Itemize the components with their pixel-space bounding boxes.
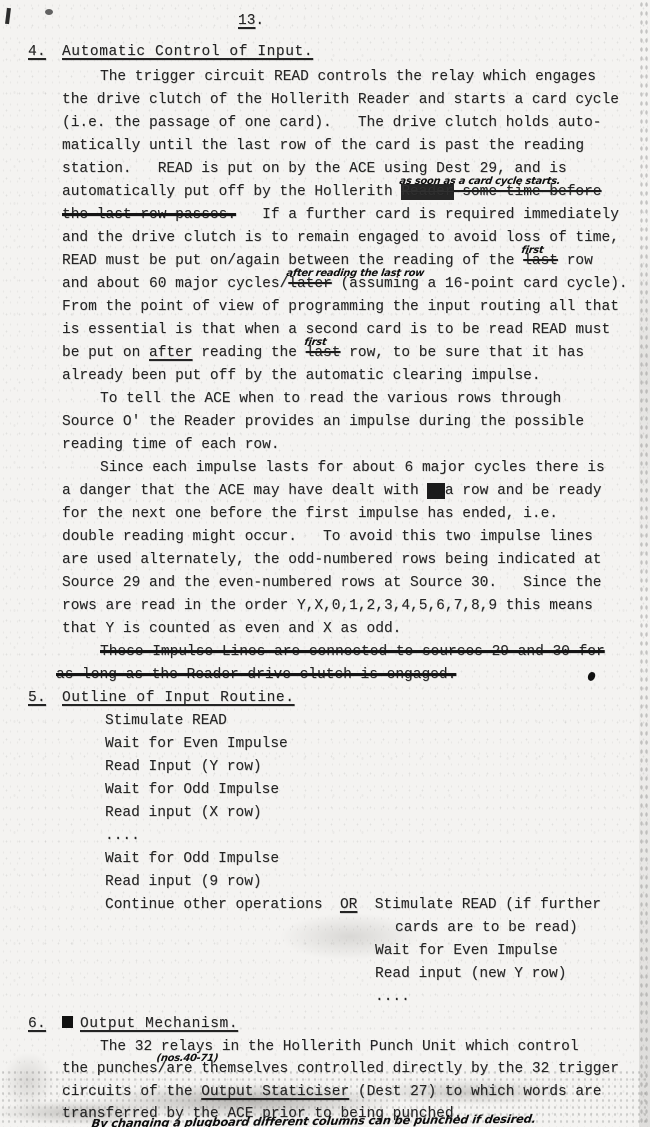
text-segment: rows are read in the order Y,X,0,1,2,3,4… (62, 598, 593, 614)
text-segment: Read input (new Y row) (375, 966, 566, 982)
text-line: already been put off by the automatic cl… (62, 365, 638, 388)
text-segment: is essential is that when a second card … (62, 322, 610, 338)
text-line: are used alternately, the odd-numbered r… (62, 549, 638, 572)
text-segment: If a further card is required immediatel… (236, 207, 619, 223)
text-line: Since each impulse lasts for about 6 maj… (100, 457, 638, 480)
text-segment: Continue other operations (105, 897, 340, 913)
section-heading: 5.Outline of Input Routine. (62, 687, 638, 710)
text-segment: The trigger circuit READ controls the re… (100, 69, 596, 85)
text-line: the last row passes. If a further card i… (62, 204, 638, 227)
text-line: the drive clutch of the Hollerith Reader… (62, 89, 638, 112)
text-segment: Read input (X row) (105, 805, 262, 821)
text-line: By changing a plugboard different column… (92, 1113, 638, 1127)
text-segment: a danger that the ACE may have dealt wit… (62, 483, 427, 499)
text-segment: automatically put off by the Hollerith (62, 184, 401, 200)
text-segment: a row and be ready (445, 483, 602, 499)
text-segment: Since each impulse lasts for about 6 maj… (100, 460, 605, 476)
text-segment: Wait for Even Impulse (375, 943, 558, 959)
document-page: 13.4.Automatic Control of Input.The trig… (0, 0, 650, 1127)
text-line: double reading might occur. To avoid thi… (62, 526, 638, 549)
text-segment: From the point of view of programming th… (62, 299, 619, 315)
page-number: 13. (238, 10, 638, 33)
text-line: be put on after reading the firstlast ro… (62, 342, 638, 365)
text-line: that Y is counted as even and X as odd. (62, 618, 638, 641)
document-content: 13.4.Automatic Control of Input.The trig… (62, 10, 638, 1127)
text-line: From the point of view of programming th… (62, 296, 638, 319)
text-segment: READ must be put on/again between the re… (62, 253, 523, 269)
text-line: automatically put off by the Hollerith a… (62, 181, 638, 204)
text-segment: for the next one before the first impuls… (62, 506, 558, 522)
text-line: and about 60 major cycles/after reading … (62, 273, 638, 296)
text-segment: (i.e. the passage of one card). The driv… (62, 115, 602, 131)
text-line: Wait for Even Impulse (105, 733, 638, 756)
handwritten-annotation: By changing a plugboard different column… (91, 1111, 537, 1127)
section-heading: 6.Output Mechanism. (62, 1013, 638, 1036)
section-heading: 4.Automatic Control of Input. (62, 41, 638, 64)
text-segment: Wait for Even Impulse (105, 736, 288, 752)
text-line: and the drive clutch is to remain engage… (62, 227, 638, 250)
text-segment: To tell the ACE when to read the various… (100, 391, 561, 407)
text-segment: the punches (62, 1061, 158, 1077)
text-line: Wait for Even Impulse (375, 940, 638, 963)
section-title: Output Mechanism. (80, 1016, 238, 1032)
text-line: Wait for Odd Impulse (105, 848, 638, 871)
text-segment: matically until the last row of the card… (62, 138, 584, 154)
text-line: To tell the ACE when to read the various… (100, 388, 638, 411)
text-line: .... (105, 825, 638, 848)
text-segment: . (255, 13, 264, 29)
text-line: as long as the Reader drive clutch is en… (56, 664, 638, 687)
text-line: the punches(nos.40-71)/are themselves co… (62, 1058, 638, 1081)
text-segment: station. READ is put on by the ACE using… (62, 161, 567, 177)
text-segment: already been put off by the automatic cl… (62, 368, 541, 384)
text-line: a danger that the ACE may have dealt wit… (62, 480, 638, 503)
text-line: Stimulate READ (105, 710, 638, 733)
text-segment: cards are to be read) (395, 920, 578, 936)
text-segment: be put on (62, 345, 149, 361)
section-number: 4. (28, 41, 46, 64)
text-segment: row (558, 253, 593, 269)
text-line: rows are read in the order Y,X,0,1,2,3,4… (62, 595, 638, 618)
text-segment: These Impulse Lines are connected to sou… (100, 644, 605, 660)
text-segment: Wait for Odd Impulse (105, 782, 279, 798)
text-line: cards are to be read) (395, 917, 638, 940)
text-line: is essential is that when a second card … (62, 319, 638, 342)
text-line: Read input (9 row) (105, 871, 638, 894)
text-segment: and the drive clutch is to remain engage… (62, 230, 619, 246)
text-line: .... (375, 986, 638, 1009)
text-segment: Output Staticiser (201, 1084, 349, 1100)
text-segment: are used alternately, the odd-numbered r… (62, 552, 602, 568)
text-segment: /are themselves controlled directly by t… (158, 1061, 619, 1077)
text-segment: the drive clutch of the Hollerith Reader… (62, 92, 619, 108)
text-segment: .... (375, 989, 410, 1005)
section-title: Outline of Input Routine. (62, 690, 295, 706)
text-line: reading time of each row. (62, 434, 638, 457)
text-line: Read input (new Y row) (375, 963, 638, 986)
text-segment: 13 (238, 13, 255, 29)
ink-blot: XX (427, 483, 444, 499)
text-segment: and about 60 major cycles/ (62, 276, 288, 292)
text-segment: the last row passes. (62, 207, 236, 223)
text-segment: as long as the Reader drive clutch is en… (56, 667, 456, 683)
text-line: Read input (X row) (105, 802, 638, 825)
text-line: The trigger circuit READ controls the re… (100, 66, 638, 89)
scan-smudge-right (639, 0, 650, 1127)
text-segment: OR (340, 897, 357, 913)
text-segment: after (149, 345, 193, 361)
ink-blot (62, 1016, 73, 1028)
scan-mark-topleft-2 (45, 9, 53, 15)
text-line: Source O' the Reader provides an impulse… (62, 411, 638, 434)
text-segment: Stimulate READ (105, 713, 227, 729)
text-line: circuits of the Output Staticiser (Dest … (62, 1081, 638, 1103)
text-segment: Source 29 and the even-numbered rows at … (62, 575, 602, 591)
scan-smudge (0, 1035, 70, 1127)
text-line: These Impulse Lines are connected to sou… (100, 641, 638, 664)
text-segment: Read Input (Y row) (105, 759, 262, 775)
text-segment: reading time of each row. (62, 437, 280, 453)
text-segment: reading the (193, 345, 306, 361)
text-segment: that Y is counted as even and X as odd. (62, 621, 401, 637)
text-line: Read Input (Y row) (105, 756, 638, 779)
scan-mark-topleft (5, 8, 11, 24)
text-line: Wait for Odd Impulse (105, 779, 638, 802)
text-line: Source 29 and the even-numbered rows at … (62, 572, 638, 595)
text-segment: double reading might occur. To avoid thi… (62, 529, 593, 545)
text-line: for the next one before the first impuls… (62, 503, 638, 526)
text-line: Continue other operations OR Stimulate R… (105, 894, 638, 917)
section-number: 5. (28, 687, 46, 710)
section-title: Automatic Control of Input. (62, 44, 313, 60)
text-segment: .... (105, 828, 140, 844)
section-number: 6. (28, 1013, 46, 1036)
text-segment: Source O' the Reader provides an impulse… (62, 414, 584, 430)
text-line: (i.e. the passage of one card). The driv… (62, 112, 638, 135)
text-segment: Stimulate READ (if further (357, 897, 601, 913)
text-line: matically until the last row of the card… (62, 135, 638, 158)
text-segment: Wait for Odd Impulse (105, 851, 279, 867)
text-segment: Read input (9 row) (105, 874, 262, 890)
text-segment: circuits of the (62, 1084, 201, 1100)
text-segment: (Dest 27) to which words are (349, 1084, 601, 1100)
text-segment: row, to be sure that it has (340, 345, 584, 361)
